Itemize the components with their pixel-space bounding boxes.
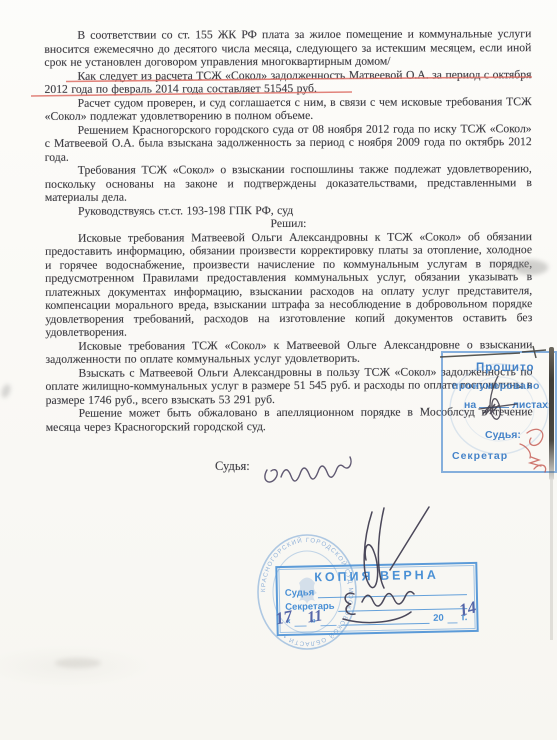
- binding-stamp-listah: листах»: [512, 399, 554, 411]
- binding-stamp-blank-line: [479, 399, 509, 408]
- copy-stamp-title: КОПИЯ ВЕРНА: [277, 567, 475, 585]
- scanned-court-decision-page: В соответствии со ст. 155 ЖК РФ плата за…: [0, 0, 557, 740]
- paragraph: В соответствии со ст. 155 ЖК РФ плата за…: [44, 27, 531, 69]
- copy-stamp-judge-label: Судья: [285, 587, 315, 599]
- paper-smudge: [0, 383, 12, 399]
- judge-signature: [265, 457, 351, 482]
- scan-edge-shadow: [549, 347, 554, 480]
- date-year-blank: [448, 613, 458, 623]
- date-long-blank: [340, 614, 429, 626]
- year-prefix: 20: [433, 613, 444, 624]
- paragraph: Решением Красногорского городского суда …: [45, 122, 532, 164]
- scan-edge-shadow-faint: [550, 480, 553, 640]
- binding-stamp-secretary-label: Секретар: [452, 450, 508, 462]
- date-day-blank: [295, 616, 307, 626]
- handwritten-year: 14: [457, 597, 478, 620]
- binding-stamp: Прошито пронумеровано налистах» Судья: С…: [441, 351, 557, 473]
- handwritten-month: 11: [306, 607, 324, 627]
- copy-stamp-judge-blank: [318, 585, 467, 598]
- handwritten-day: 17: [274, 606, 295, 629]
- paragraph: Требования ТСЖ «Сокол» о взыскании госпо…: [45, 162, 532, 204]
- paper-smudge: [55, 658, 101, 668]
- paragraph: Как следует из расчета ТСЖ «Сокол» задол…: [44, 68, 531, 97]
- copy-stamp-judge-row: Судья: [285, 584, 467, 599]
- binding-stamp-line3: налистах»: [464, 399, 554, 411]
- binding-stamp-line2: пронумеровано: [452, 380, 540, 392]
- copy-stamp-secretary-blank: [339, 599, 468, 612]
- paragraph: Расчет судом проверен, и суд соглашается…: [45, 95, 532, 124]
- paragraph: Исковые требования Матвеевой Ольги Алекс…: [45, 230, 532, 340]
- judge-signature-label: Судья:: [215, 459, 250, 474]
- binding-stamp-line1: Прошито: [476, 362, 534, 374]
- binding-stamp-judge-label: Судья:: [485, 429, 521, 441]
- paper-smudge: [514, 260, 548, 275]
- copy-verna-stamp: КОПИЯ ВЕРНА Судья Секретарь «» 20 г. 17 …: [275, 562, 478, 636]
- binding-stamp-na: на: [464, 399, 476, 411]
